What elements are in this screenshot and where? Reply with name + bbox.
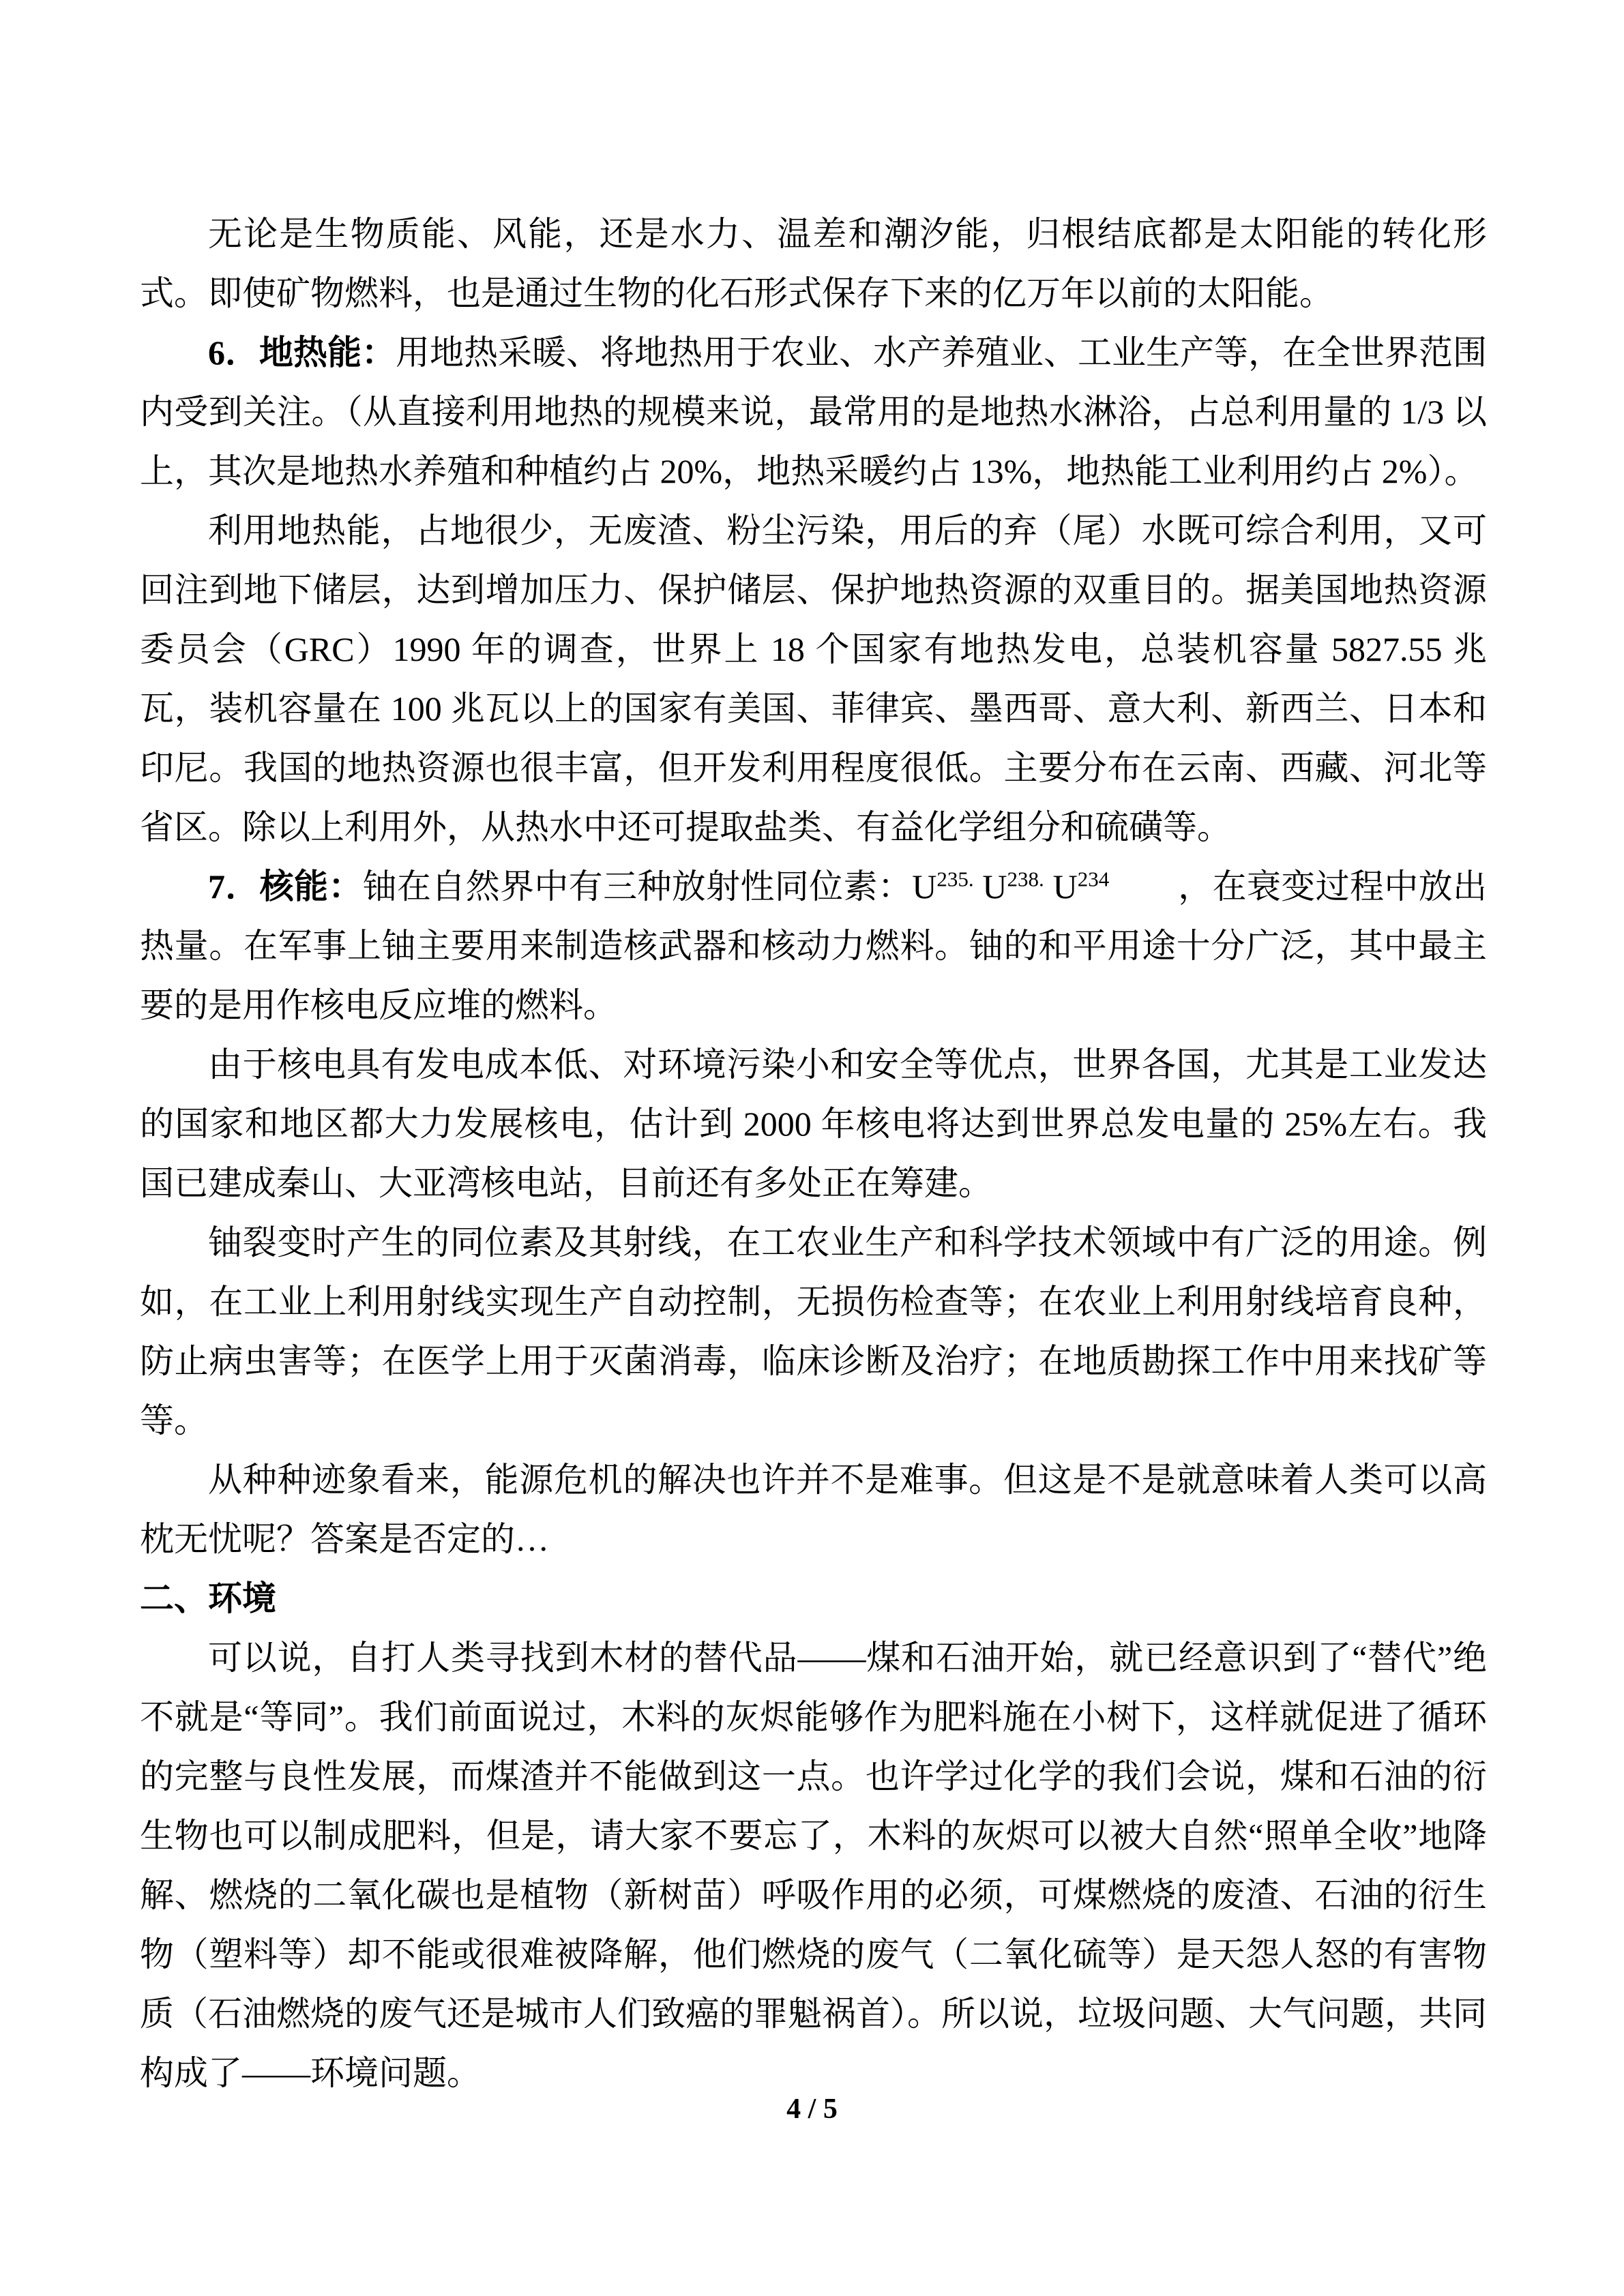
paragraph: 从种种迹象看来，能源危机的解决也许并不是难事。但这是不是就意味着人类可以高枕无忧… [140,1450,1487,1569]
bold-run: 7．核能： [208,867,363,906]
paragraph: 由于核电具有发电成本低、对环境污染小和安全等优点，世界各国，尤其是工业发达的国家… [140,1035,1487,1213]
superscript-run: 235. [936,867,973,891]
paragraph: 6．地热能：用地热采暖、将地热用于农业、水产养殖业、工业生产等，在全世界范围内受… [140,323,1487,501]
section-heading: 二、环境 [140,1569,1487,1628]
document-body: 无论是生物质能、风能，还是水力、温差和潮汐能，归根结底都是太阳能的转化形式。即使… [140,205,1487,2103]
text-run: U [974,867,1007,906]
document-page: 无论是生物质能、风能，还是水力、温差和潮汐能，归根结底都是太阳能的转化形式。即使… [0,0,1624,2296]
page-number: 4 / 5 [0,2092,1624,2126]
text-run: 无论是生物质能、风能，还是水力、温差和潮汐能，归根结底都是太阳能的转化形式。即使… [140,215,1487,312]
paragraph: 7．核能：铀在自然界中有三种放射性同位素：U235. U238. U234 ，在… [140,857,1487,1035]
text-run: 由于核电具有发电成本低、对环境污染小和安全等优点，世界各国，尤其是工业发达的国家… [140,1045,1487,1202]
text-run: 铀裂变时产生的同位素及其射线，在工农业生产和科学技术领域中有广泛的用途。例如，在… [140,1223,1487,1440]
paragraph: 可以说，自打人类寻找到木材的替代品——煤和石油开始，就已经意识到了“替代”绝不就… [140,1628,1487,2103]
text-run: 可以说，自打人类寻找到木材的替代品——煤和石油开始，就已经意识到了“替代”绝不就… [140,1639,1487,2092]
text-run: U [1044,867,1078,906]
superscript-run: 234 [1078,867,1110,891]
bold-run: 6．地热能： [208,333,396,372]
text-run: 铀在自然界中有三种放射性同位素：U [363,867,937,906]
paragraph: 无论是生物质能、风能，还是水力、温差和潮汐能，归根结底都是太阳能的转化形式。即使… [140,205,1487,323]
text-run: 从种种迹象看来，能源危机的解决也许并不是难事。但这是不是就意味着人类可以高枕无忧… [140,1461,1487,1558]
superscript-run: 238. [1007,867,1044,891]
paragraph: 铀裂变时产生的同位素及其射线，在工农业生产和科学技术领域中有广泛的用途。例如，在… [140,1213,1487,1450]
bold-run: 二、环境 [140,1579,276,1617]
paragraph: 利用地热能，占地很少，无废渣、粉尘污染，用后的弃（尾）水既可综合利用，又可回注到… [140,501,1487,857]
text-run: 利用地热能，占地很少，无废渣、粉尘污染，用后的弃（尾）水既可综合利用，又可回注到… [140,511,1487,846]
